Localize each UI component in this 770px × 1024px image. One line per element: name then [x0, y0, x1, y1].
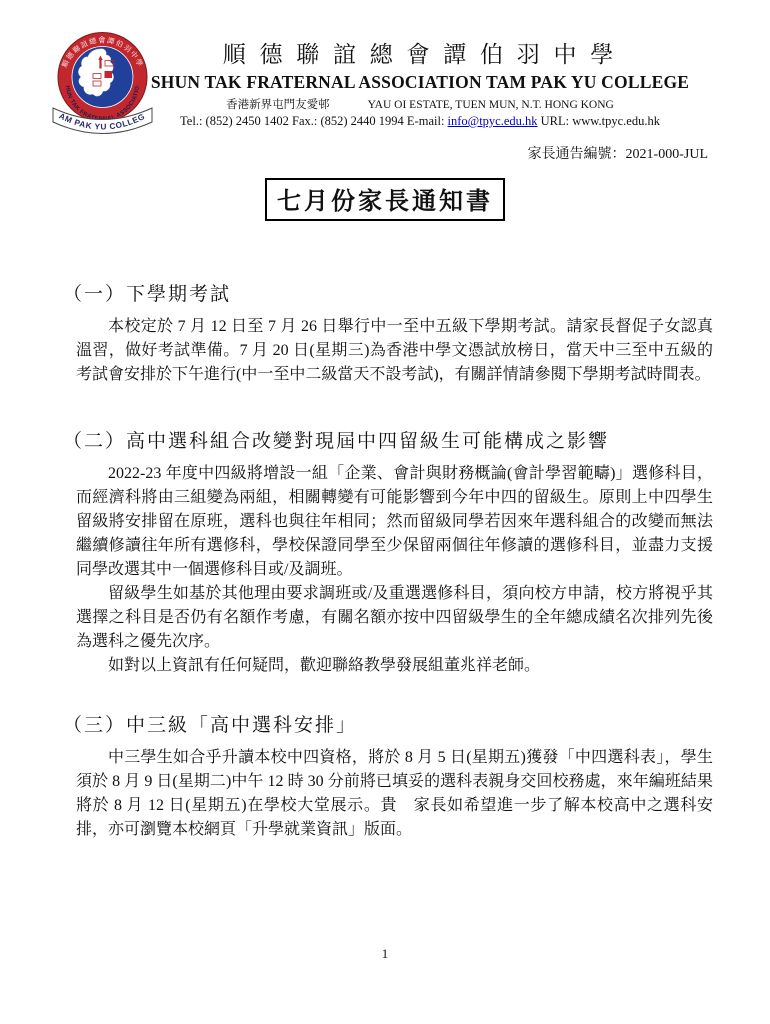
section-subject-combination-change: （二）高中選科組合改變對現屆中四留級生可能構成之影響 2022-23 年度中四級… [63, 429, 713, 678]
paragraph: 2022-23 年度中四級將增設一組「企業、會計與財務概論(會計學習範疇)」選修… [76, 462, 713, 582]
section-heading: （三）中三級「高中選科安排」 [63, 713, 713, 738]
section-heading: （二）高中選科組合改變對現屆中四留級生可能構成之影響 [63, 429, 713, 454]
school-address-english: YAU OI ESTATE, TUEN MUN, N.T. HONG KONG [368, 99, 614, 111]
document-page: 順德聯誼總會譚伯羽中學 SHUN TAK FRATERNAL ASSOCIATI… [0, 0, 770, 1024]
notice-title: 七月份家長通知書 [265, 178, 505, 221]
school-contact-line: Tel.: (852) 2450 1402 Fax.: (852) 2440 1… [120, 114, 720, 129]
school-address-line: 香港新界屯門友愛邨YAU OI ESTATE, TUEN MUN, N.T. H… [120, 96, 720, 112]
letterhead: 順 德 聯 誼 總 會 譚 伯 羽 中 學 SHUN TAK FRATERNAL… [120, 36, 720, 129]
url-label: URL: www.tpyc.edu.hk [538, 114, 660, 128]
notice-number: 家長通告編號：2021-000-JUL [528, 143, 708, 163]
notice-body: （一）下學期考試 本校定於 7 月 12 日至 7 月 26 日舉行中一至中五級… [63, 282, 713, 842]
school-name-english: SHUN TAK FRATERNAL ASSOCIATION TAM PAK Y… [120, 72, 720, 93]
tel-fax-email-label: Tel.: (852) 2450 1402 Fax.: (852) 2440 1… [180, 114, 448, 128]
paragraph: 如對以上資訊有任何疑問，歡迎聯絡教學發展組董兆祥老師。 [76, 654, 713, 678]
paragraph: 本校定於 7 月 12 日至 7 月 26 日舉行中一至中五級下學期考試。請家長… [76, 315, 713, 387]
section-second-term-exam: （一）下學期考試 本校定於 7 月 12 日至 7 月 26 日舉行中一至中五級… [63, 282, 713, 387]
school-address-chinese: 香港新界屯門友愛邨 [226, 99, 330, 111]
section-heading: （一）下學期考試 [63, 282, 713, 307]
email-link[interactable]: info@tpyc.edu.hk [448, 114, 538, 128]
school-name-chinese: 順 德 聯 誼 總 會 譚 伯 羽 中 學 [120, 36, 720, 69]
section-f3-subject-selection: （三）中三級「高中選科安排」 中三學生如合乎升讀本校中四資格，將於 8 月 5 … [63, 713, 713, 842]
paragraph: 留級學生如基於其他理由要求調班或/及重選選修科目，須向校方申請，校方將視乎其選擇… [76, 582, 713, 654]
paragraph: 中三學生如合乎升讀本校中四資格，將於 8 月 5 日(星期五)獲發「中四選科表」… [76, 746, 713, 842]
page-number: 1 [0, 946, 770, 962]
